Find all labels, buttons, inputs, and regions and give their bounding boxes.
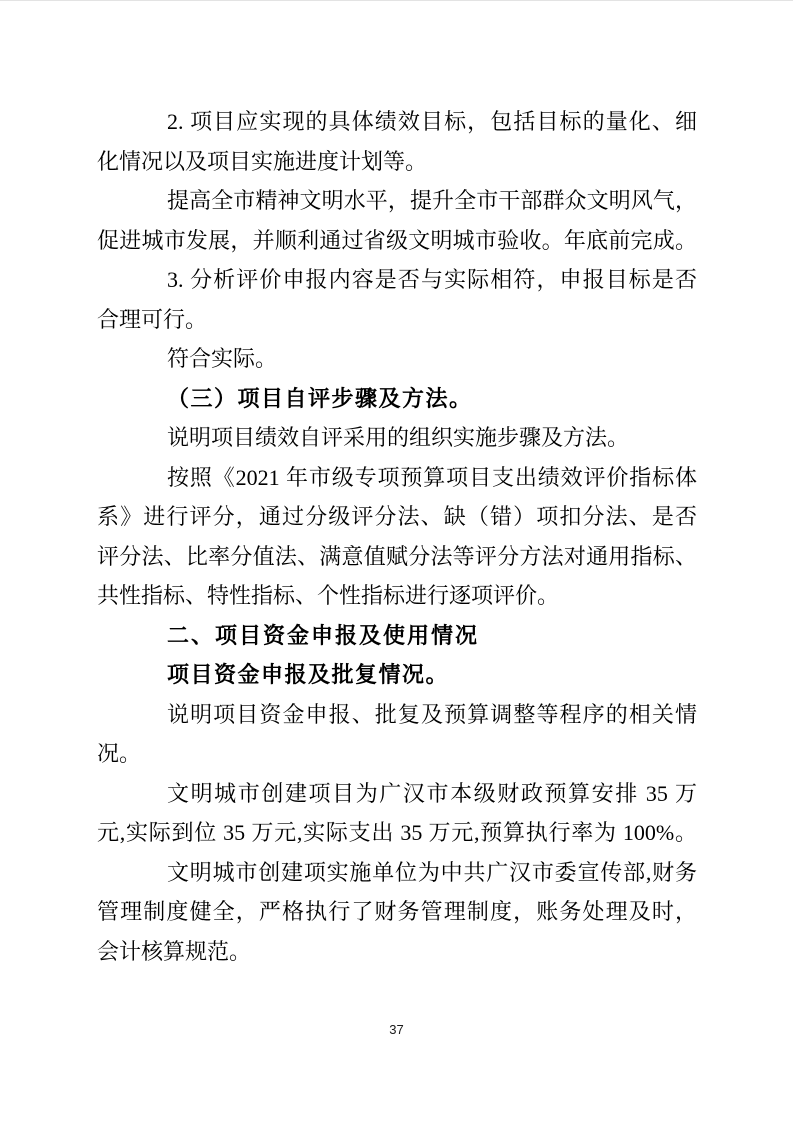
document-page: 2. 项目应实现的具体绩效目标，包括目标的量化、细化情况以及项目实施进度计划等。… [0,0,793,1123]
text-line: 促进城市发展，并顺利通过省级文明城市验收。年底前完成。 [97,221,697,261]
document-body: 2. 项目应实现的具体绩效目标，包括目标的量化、细化情况以及项目实施进度计划等。… [97,102,697,971]
page-number: 37 [0,1022,793,1037]
text-line: （三）项目自评步骤及方法。 [97,379,697,419]
section-heading: （三）项目自评步骤及方法。 [97,379,697,419]
text-line: 2. 项目应实现的具体绩效目标，包括目标的量化、细 [97,102,697,142]
paragraph: 提高全市精神文明水平，提升全市干部群众文明风气，促进城市发展，并顺利通过省级文明… [97,181,697,260]
text-line: 管理制度健全，严格执行了财务管理制度，账务处理及时， [97,892,697,932]
paragraph: 文明城市创建项目为广汉市本级财政预算安排 35 万元,实际到位 35 万元,实际… [97,774,697,853]
text-line: 合理可行。 [97,300,697,340]
text-line: 项目资金申报及批复情况。 [97,655,697,695]
text-line: 会计核算规范。 [97,932,697,972]
text-line: 按照《2021 年市级专项预算项目支出绩效评价指标体 [97,458,697,498]
paragraph: 说明项目绩效自评采用的组织实施步骤及方法。 [97,418,697,458]
paragraph: 3. 分析评价申报内容是否与实际相符，申报目标是否合理可行。 [97,260,697,339]
text-line: 符合实际。 [97,339,697,379]
paragraph: 文明城市创建项实施单位为中共广汉市委宣传部,财务管理制度健全，严格执行了财务管理… [97,853,697,972]
section-heading: 二、项目资金申报及使用情况 [97,616,697,656]
text-line: 3. 分析评价申报内容是否与实际相符，申报目标是否 [97,260,697,300]
text-line: 评分法、比率分值法、满意值赋分法等评分方法对通用指标、 [97,537,697,577]
text-line: 况。 [97,734,697,774]
text-line: 化情况以及项目实施进度计划等。 [97,142,697,182]
text-line: 共性指标、特性指标、个性指标进行逐项评价。 [97,576,697,616]
paragraph: 符合实际。 [97,339,697,379]
text-line: 说明项目资金申报、批复及预算调整等程序的相关情 [97,695,697,735]
text-line: 提高全市精神文明水平，提升全市干部群众文明风气， [97,181,697,221]
text-line: 二、项目资金申报及使用情况 [97,616,697,656]
text-line: 说明项目绩效自评采用的组织实施步骤及方法。 [97,418,697,458]
text-line: 系》进行评分，通过分级评分法、缺（错）项扣分法、是否 [97,497,697,537]
text-line: 元,实际到位 35 万元,实际支出 35 万元,预算执行率为 100%。 [97,813,697,853]
section-heading: 项目资金申报及批复情况。 [97,655,697,695]
text-line: 文明城市创建项实施单位为中共广汉市委宣传部,财务 [97,853,697,893]
paragraph: 说明项目资金申报、批复及预算调整等程序的相关情况。 [97,695,697,774]
paragraph: 2. 项目应实现的具体绩效目标，包括目标的量化、细化情况以及项目实施进度计划等。 [97,102,697,181]
paragraph: 按照《2021 年市级专项预算项目支出绩效评价指标体系》进行评分，通过分级评分法… [97,458,697,616]
text-line: 文明城市创建项目为广汉市本级财政预算安排 35 万 [97,774,697,814]
